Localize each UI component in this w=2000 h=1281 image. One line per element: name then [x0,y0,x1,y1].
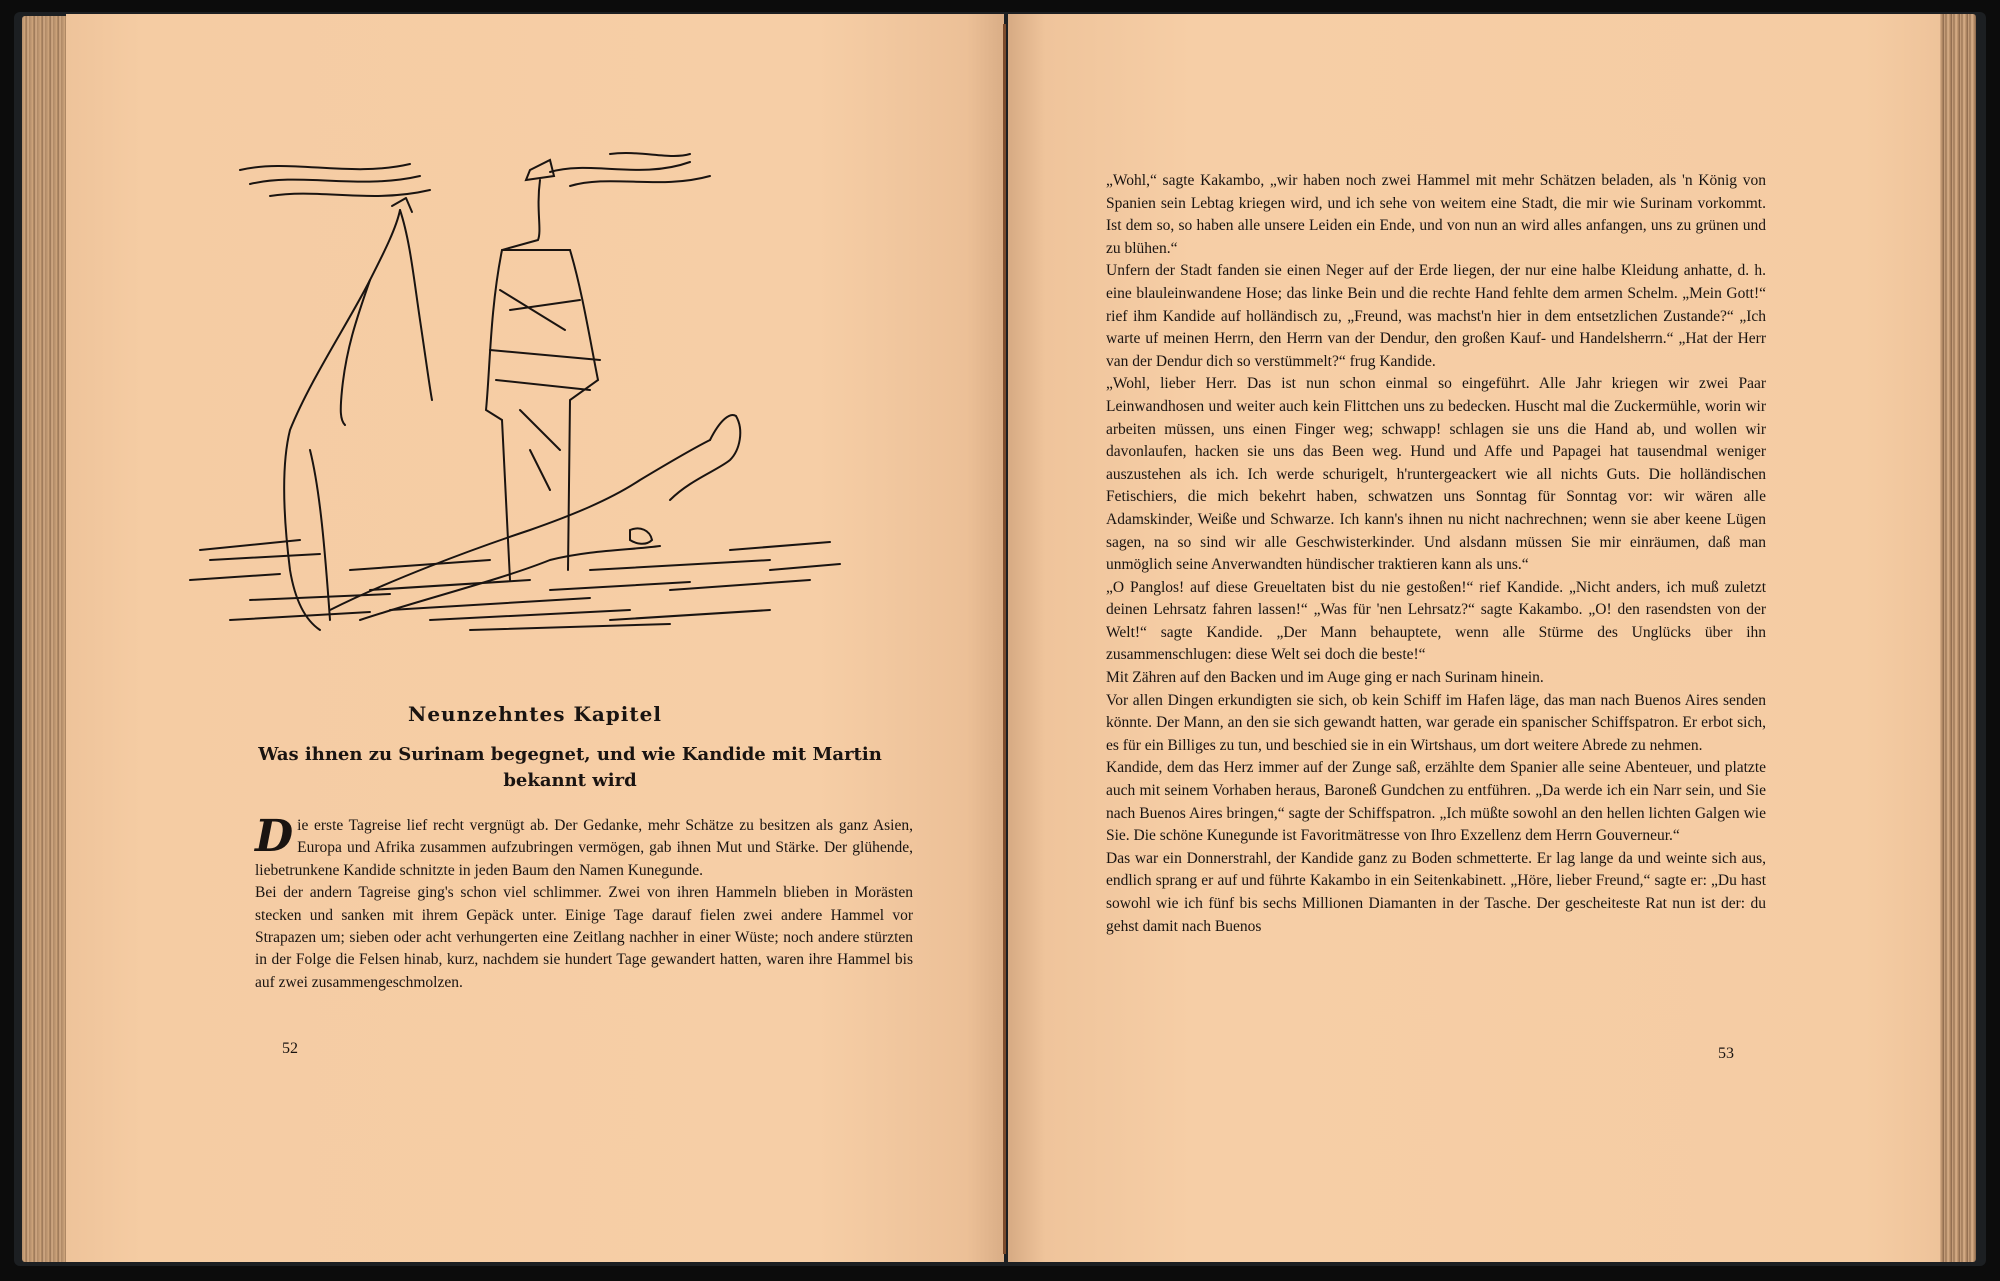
right-page-body: „Wohl,“ sagte Kakambo, „wir haben noch z… [1106,170,1766,938]
paragraph: Bei der andern Tagreise ging's schon vie… [255,882,913,994]
drop-cap: D [255,817,293,857]
paragraph: „Wohl, lieber Herr. Das ist nun schon ei… [1106,373,1766,576]
book-gutter [1003,24,1006,1254]
paragraph: Vor allen Dingen erkundigten sie sich, o… [1106,690,1766,758]
page-number-right: 53 [1718,1045,1734,1063]
chapter-title: Neunzehntes Kapitel [66,702,1004,726]
paragraph: Kandide, dem das Herz immer auf der Zung… [1106,757,1766,847]
paragraph: Unfern der Stadt fanden sie einen Neger … [1106,260,1766,373]
page-edges-left [22,16,70,1262]
chapter-subtitle: Was ihnen zu Surinam begegnet, und wie K… [230,742,910,794]
paragraph: „Wohl,“ sagte Kakambo, „wir haben noch z… [1106,170,1766,260]
paragraph: Das war ein Donnerstrahl, der Kandide ga… [1106,848,1766,938]
left-page-body: Die erste Tagreise lief recht vergnügt a… [255,815,913,994]
paragraph: Die erste Tagreise lief recht vergnügt a… [255,815,913,882]
page-number-left: 52 [282,1040,298,1058]
paragraph: „O Panglos! auf diese Greueltaten bist d… [1106,577,1766,667]
paragraph: Mit Zähren auf den Backen und im Auge gi… [1106,667,1766,690]
page-edges-right [1936,14,1976,1262]
chapter-illustration [170,150,850,650]
